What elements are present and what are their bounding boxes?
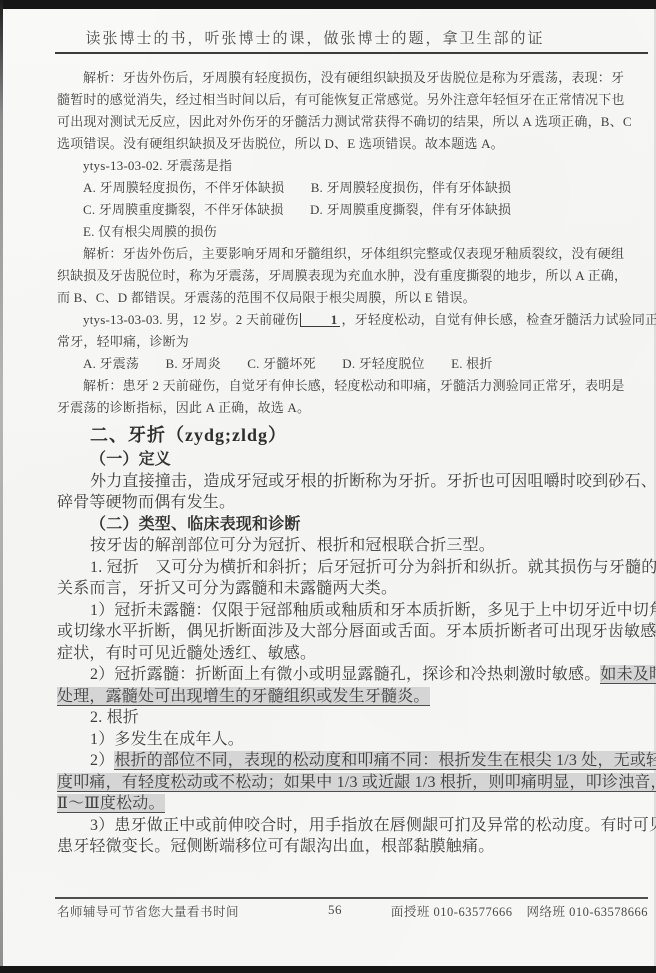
contact-online-class: 网络班 010-63578666 <box>526 905 648 919</box>
tooth-notation: 1 <box>300 313 341 327</box>
text-segment: 解析：患牙 2 天前碰伤，自觉牙有伸长感，轻度松动和叩痛，牙髓活力测验同正常牙，… <box>83 378 625 393</box>
text-segment: 解析：牙齿外伤后，牙周膜有轻度损伤，没有硬组织缺损及牙齿脱位是称为牙震荡，表现：… <box>83 70 624 85</box>
text-line: 1. 冠折 又可分为横折和斜折；后牙冠折可分为斜折和纵折。就其损伤与牙髓的 <box>57 557 642 579</box>
text-line: Ⅱ～Ⅲ度松动。 <box>57 793 642 815</box>
text-segment: （二）类型、临床表现和诊断 <box>90 516 301 533</box>
text-line: E. 仅有根尖周膜的损伤 <box>57 221 642 243</box>
text-segment: 可出现对测试无反应，因此对外伤牙的牙髓活力测试常获得不确切的结果，所以 A 选项… <box>57 114 632 129</box>
footer-rule <box>55 897 648 899</box>
text-segment: （一）定义 <box>90 451 171 468</box>
text-line: 3）患牙做正中或前伸咬合时，用手指放在唇侧龈可扪及异常的松动度。有时可见 <box>57 815 642 837</box>
highlighted-text: 度叩痛，有轻度松动或不松动；如果中 1/3 或近龈 1/3 根折，则叩痛明显，叩… <box>57 773 656 792</box>
text-line: 按牙齿的解剖部位可分为冠折、根折和冠根联合折三型。 <box>57 535 642 557</box>
text-line: 患牙轻微变长。冠侧断端移位可有龈沟出血，根部黏膜触痛。 <box>57 836 642 858</box>
text-line: 外力直接撞击，造成牙冠或牙根的折断称为牙折。牙折也可因咀嚼时咬到砂石、 <box>57 471 642 493</box>
text-line: 而 B、C、D 都错误。牙震荡的范围不仅局限于根尖周膜，所以 E 错误。 <box>57 287 642 309</box>
text-segment: 牙震荡的诊断指标，因此 A 正确，故选 A。 <box>57 400 310 415</box>
text-line: ytys-13-03-03. 男，12 岁。2 天前碰伤1，牙轻度松动，自觉有伸… <box>57 309 642 331</box>
text-segment: 1）多发生在成年人。 <box>90 731 244 748</box>
text-segment: 二、牙折（zydg;zldg） <box>90 425 287 445</box>
text-line: 1）多发生在成年人。 <box>57 729 642 751</box>
text-segment: 解析：牙齿外伤后，主要影响牙周和牙髓组织，牙体组织完整或仅表现牙釉质裂纹，没有硬… <box>83 246 624 261</box>
text-segment: 1. 冠折 又可分为横折和斜折；后牙冠折可分为斜折和纵折。就其损伤与牙髓的 <box>90 559 656 576</box>
text-segment: 织缺损及牙齿脱位时，称为牙震荡，牙周膜表现为充血水肿，没有重度撕裂的地步，所以 … <box>57 268 627 283</box>
text-line: 2. 根折 <box>57 707 642 729</box>
text-segment: 患牙轻微变长。冠侧断端移位可有龈沟出血，根部黏膜触痛。 <box>57 838 494 855</box>
text-line: 髓暂时的感觉消失，经过相当时间以后，有可能恢复正常感觉。另外注意年轻恒牙在正常情… <box>57 89 642 111</box>
text-line: 症状，有时可见近髓处透红、敏感。 <box>57 643 642 665</box>
highlighted-text: 处理，露髓处可出现增生的牙髓组织或发生牙髓炎。 <box>57 687 430 706</box>
text-segment: 2）冠折露髓：折断面上有微小或明显露髓孔，探诊和冷热刺激时敏感。 <box>90 666 600 683</box>
text-segment: ytys-13-03-03. 男，12 岁。2 天前碰伤 <box>83 312 299 327</box>
text-line: 解析：患牙 2 天前碰伤，自觉牙有伸长感，轻度松动和叩痛，牙髓活力测验同正常牙，… <box>57 375 642 397</box>
text-segment: E. 仅有根尖周膜的损伤 <box>83 224 217 239</box>
text-line: （二）类型、临床表现和诊断 <box>57 514 642 536</box>
text-line: 解析：牙齿外伤后，牙周膜有轻度损伤，没有硬组织缺损及牙齿脱位是称为牙震荡，表现：… <box>57 67 642 89</box>
text-line: 常牙，轻叩痛，诊断为 <box>57 331 642 353</box>
section-heading: 二、牙折（zydg;zldg） <box>57 421 642 449</box>
scan-edge-left <box>0 0 3 973</box>
text-line: 可出现对测试无反应，因此对外伤牙的牙髓活力测试常获得不确切的结果，所以 A 选项… <box>57 111 642 133</box>
text-line: C. 牙周膜重度撕裂，不伴牙体缺损 D. 牙周膜重度撕裂，伴有牙体缺损 <box>57 199 642 221</box>
text-segment: ，牙轻度松动，自觉有伸长感，检查牙髓活力试验同正 <box>341 312 656 327</box>
text-segment: 或切缘水平折断，偶见折断面涉及大部分唇面或舌面。牙本质折断者可出现牙齿敏感 <box>57 623 656 640</box>
text-line: A. 牙周膜轻度损伤，不伴牙体缺损 B. 牙周膜轻度损伤，伴有牙体缺损 <box>57 177 642 199</box>
text-line: ytys-13-03-02. 牙震荡是指 <box>57 155 642 177</box>
text-segment: A. 牙震荡 B. 牙周炎 C. 牙髓坏死 D. 牙轻度脱位 E. 根折 <box>83 356 493 371</box>
text-line: （一）定义 <box>57 449 642 471</box>
text-segment: 2. 根折 <box>90 709 139 726</box>
footer: 名师辅导可节省您大量看书时间 56 面授班 010-63577666网络班 01… <box>55 902 648 922</box>
text-line: 牙震荡的诊断指标，因此 A 正确，故选 A。 <box>57 397 642 419</box>
text-line: 度叩痛，有轻度松动或不松动；如果中 1/3 或近龈 1/3 根折，则叩痛明显，叩… <box>57 772 642 794</box>
text-line: A. 牙震荡 B. 牙周炎 C. 牙髓坏死 D. 牙轻度脱位 E. 根折 <box>57 353 642 375</box>
text-segment: 按牙齿的解剖部位可分为冠折、根折和冠根联合折三型。 <box>90 537 495 554</box>
text-line: 解析：牙齿外伤后，主要影响牙周和牙髓组织，牙体组织完整或仅表现牙釉质裂纹，没有硬… <box>57 243 642 265</box>
text-segment: 2） <box>90 752 114 769</box>
text-segment: 碎骨等硬物而偶有发生。 <box>57 494 235 511</box>
contact-onsite-class: 面授班 010-63577666 <box>391 905 513 919</box>
text-segment: A. 牙周膜轻度损伤，不伴牙体缺损 B. 牙周膜轻度损伤，伴有牙体缺损 <box>83 180 511 195</box>
text-segment: 关系而言，牙折又可分为露髓和未露髓两大类。 <box>57 580 397 597</box>
text-segment: 髓暂时的感觉消失，经过相当时间以后，有可能恢复正常感觉。另外注意年轻恒牙在正常情… <box>57 92 625 107</box>
text-segment: 1）冠折未露髓：仅限于冠部釉质或釉质和牙本质折断，多见于上中切牙近中切角 <box>90 602 656 619</box>
scan-edge-bottom <box>0 966 656 973</box>
text-line: 或切缘水平折断，偶见折断面涉及大部分唇面或舌面。牙本质折断者可出现牙齿敏感 <box>57 621 642 643</box>
text-segment: 选项错误。没有硬组织缺损及牙齿脱位，所以 D、E 选项错误。故本题选 A。 <box>57 136 504 151</box>
text-segment: 而 B、C、D 都错误。牙震荡的范围不仅局限于根尖周膜，所以 E 错误。 <box>57 290 476 305</box>
text-line: 1）冠折未露髓：仅限于冠部釉质或釉质和牙本质折断，多见于上中切牙近中切角 <box>57 600 642 622</box>
highlighted-text: Ⅱ～Ⅲ度松动。 <box>57 794 165 813</box>
text-line: 织缺损及牙齿脱位时，称为牙震荡，牙周膜表现为充血水肿，没有重度撕裂的地步，所以 … <box>57 265 642 287</box>
highlighted-text: 如未及时 <box>600 665 656 684</box>
text-line: 2）冠折露髓：折断面上有微小或明显露髓孔，探诊和冷热刺激时敏感。如未及时 <box>57 664 642 686</box>
page-body: 解析：牙齿外伤后，牙周膜有轻度损伤，没有硬组织缺损及牙齿脱位是称为牙震荡，表现：… <box>57 67 642 858</box>
text-segment: 症状，有时可见近髓处透红、敏感。 <box>57 645 316 662</box>
text-line: 选项错误。没有硬组织缺损及牙齿脱位，所以 D、E 选项错误。故本题选 A。 <box>57 133 642 155</box>
highlighted-text: 根折的部位不同，表现的松动度和叩痛不同：根折发生在根尖 1/3 处，无或轻 <box>114 751 656 770</box>
text-segment: 常牙，轻叩痛，诊断为 <box>57 334 189 349</box>
text-line: 处理，露髓处可出现增生的牙髓组织或发生牙髓炎。 <box>57 686 642 708</box>
footer-contacts: 面授班 010-63577666网络班 010-63578666 <box>377 902 648 920</box>
text-segment: ytys-13-03-02. 牙震荡是指 <box>83 158 232 173</box>
header-rule <box>55 52 648 54</box>
scanned-page: 读张博士的书，听张博士的课，做张博士的题，拿卫生部的证 解析：牙齿外伤后，牙周膜… <box>0 0 656 973</box>
text-segment: 外力直接撞击，造成牙冠或牙根的折断称为牙折。牙折也可因咀嚼时咬到砂石、 <box>90 473 656 490</box>
text-segment: 3）患牙做正中或前伸咬合时，用手指放在唇侧龈可扪及异常的松动度。有时可见 <box>90 817 656 834</box>
header-slogan: 读张博士的书，听张博士的课，做张博士的题，拿卫生部的证 <box>0 27 630 48</box>
text-line: 关系而言，牙折又可分为露髓和未露髓两大类。 <box>57 578 642 600</box>
scan-edge-top <box>0 0 656 9</box>
text-line: 碎骨等硬物而偶有发生。 <box>57 492 642 514</box>
text-segment: C. 牙周膜重度撕裂，不伴牙体缺损 D. 牙周膜重度撕裂，伴有牙体缺损 <box>83 202 511 217</box>
text-line: 2）根折的部位不同，表现的松动度和叩痛不同：根折发生在根尖 1/3 处，无或轻 <box>57 750 642 772</box>
